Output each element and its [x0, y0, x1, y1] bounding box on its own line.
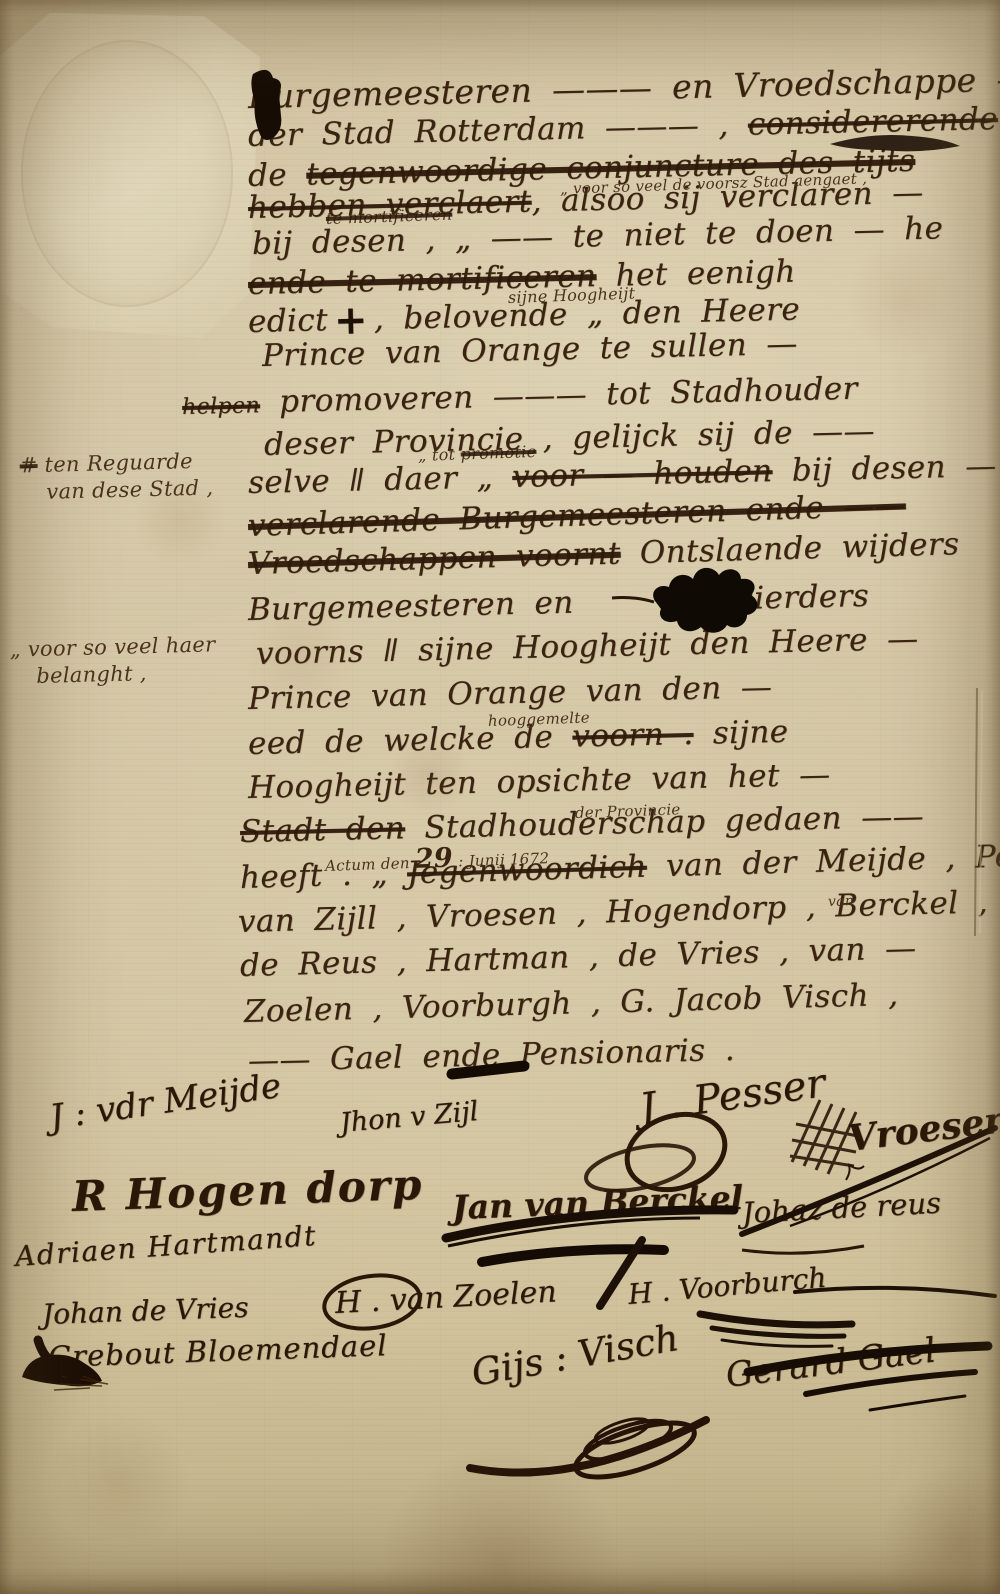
insertion-above-line-21: van: [828, 894, 855, 909]
signature-de-reus: Johaz de reus: [741, 1186, 942, 1230]
signature-van-zijll: Jhon v Zijl: [339, 1096, 480, 1139]
text-line-16: Prince van Orange van den —: [248, 671, 773, 715]
insertion-text: „ tot: [418, 445, 456, 465]
line-text: Prince van Orange van den —: [248, 669, 773, 717]
insertion-above-line-07: sijne Hoogheijt: [508, 286, 636, 306]
line-text: promoveren ——— tot Stadhouder: [279, 371, 858, 420]
signature-hartman: Adriaen Hartmandt: [14, 1219, 318, 1273]
signature-text: R Hogen dorp: [71, 1160, 424, 1221]
signature-bloemendael: Grebout Bloemendael: [47, 1328, 388, 1374]
signature-text: J . Pesser: [637, 1060, 828, 1132]
reus-flourish: [742, 1246, 864, 1253]
line-text: ende Pensionaris .: [422, 1032, 735, 1075]
line-text: Berckel ,: [835, 884, 989, 924]
signature-text: H . van Zoelen: [334, 1274, 557, 1321]
struck-text: voor — houden: [512, 453, 773, 495]
insertion-struck-below-line-04: te mortificeren: [326, 207, 453, 227]
text-line-15: voorns ǁ sijne Hoogheijt den Heere —: [256, 623, 919, 671]
signature-text: Jan van Berckel: [451, 1178, 743, 1227]
line-text: Hoogheijt ten opsichte van het —: [248, 757, 831, 806]
line-text: Gael: [330, 1039, 404, 1077]
signature-text: Gerard Gael: [724, 1330, 938, 1395]
line-text: selve ǁ daer „: [248, 459, 494, 501]
insertion-text: hooggemelte: [488, 708, 590, 730]
struck-text: voorn .: [572, 716, 694, 755]
margin-note-regard: # ten Reguarde van dese Stad ,: [19, 447, 213, 507]
line-text: Regierders: [691, 578, 869, 618]
insertion-above-line-11: „ tot promotie: [418, 444, 537, 464]
insertion-text: der Provincie: [575, 800, 681, 822]
signature-de-vries: Johan de Vries: [41, 1291, 249, 1331]
insertion-above-line-17: hooggemelte: [488, 710, 590, 729]
text-line-24: —— Gael ende Pensionaris .: [248, 1034, 736, 1078]
margin-caret-mark: #: [19, 453, 38, 477]
signature-vroesen: Vroesen: [845, 1098, 1000, 1160]
line-text: de Reus , Hartman , de Vries , van —: [240, 930, 917, 984]
embossed-paper-seal: [0, 6, 260, 348]
zoelen-heavy-bar: [482, 1249, 664, 1262]
margin-note-text: ten Reguarde: [44, 449, 193, 477]
text-line-22: de Reus , Hartman , de Vries , van —: [240, 932, 917, 982]
signature-text: H . Voorburch: [627, 1261, 828, 1311]
line-text: bij desen —: [791, 448, 997, 489]
signature-van-berckel: Jan van Berckel: [451, 1178, 743, 1227]
line-text: Burgemeesteren en: [248, 585, 574, 628]
insertion-text: : Junij 1672: [458, 849, 550, 870]
line-text: voorns ǁ sijne Hoogheijt den Heere —: [256, 621, 919, 672]
line-text: Ontslaende wijders: [639, 526, 960, 571]
visch-paraph-flourish: [470, 1412, 706, 1488]
struck-text: helpen: [182, 393, 260, 420]
signature-text: Gijs : Visch: [468, 1316, 682, 1395]
margin-note-text: belanght ,: [36, 659, 216, 691]
signature-text: J : vdr Meijde: [47, 1066, 283, 1138]
line-text: het eenigh: [615, 254, 796, 294]
signature-gael: Gerard Gael: [724, 1330, 938, 1395]
signature-text: Grebout Bloemendael: [47, 1328, 388, 1374]
margin-note-belanght: „ voor so veel haer belanght ,: [9, 631, 216, 691]
struck-text: Stadt den: [240, 810, 406, 850]
line-text: sijne: [712, 714, 789, 752]
signature-visch: Gijs : Visch: [468, 1316, 682, 1395]
vroesen-year-mark: [846, 1164, 864, 1180]
signature-van-der-meijde: J : vdr Meijde: [47, 1066, 283, 1138]
struck-text: considererende: [747, 101, 998, 143]
insertion-text: Actum den: [325, 854, 410, 875]
line-text: Zoelen , Voorburgh , G. Jacob Visch ,: [244, 977, 899, 1030]
insertion-above-line-19: der Provincie: [575, 802, 681, 821]
margin-note-text: van dese Stad ,: [46, 475, 214, 507]
text-line-09: helpen promoveren ——— tot Stadhouder: [182, 373, 858, 421]
signature-text: Adriaen Hartmandt: [14, 1219, 318, 1273]
insertion-text: van: [828, 893, 855, 910]
signature-hogendorp: R Hogen dorp: [71, 1160, 424, 1221]
signature-pesser: J . Pesser: [637, 1060, 828, 1132]
line-text: van der Meijde , Pesser ,: [666, 836, 1000, 884]
struck-text: Vroedschappen voornt: [247, 536, 621, 582]
text-line-18: Hoogheijt ten opsichte van het —: [248, 759, 831, 805]
signature-text: Jhon v Zijl: [339, 1096, 480, 1139]
signature-text: Johaz de reus: [741, 1186, 942, 1230]
manuscript-page: Burgemeesteren ——— en Vroedschappe — der…: [0, 0, 1000, 1594]
text-line-14: Burgemeesteren enRegierders: [248, 580, 870, 627]
signature-text: Johan de Vries: [41, 1291, 249, 1331]
text-line-23: Zoelen , Voorburgh , G. Jacob Visch ,: [244, 979, 899, 1029]
line-text: van Zijll , Vroesen , Hogendorp ,: [238, 889, 817, 940]
insertion-day-number: 29: [414, 843, 453, 875]
margin-note-text: „ voor so veel haer: [9, 632, 215, 661]
signature-voorburch: H . Voorburch: [627, 1261, 828, 1311]
signature-text: Vroesen: [845, 1098, 1000, 1160]
line-text: edict: [248, 302, 329, 340]
signature-van-zoelen: H . van Zoelen: [334, 1274, 557, 1321]
insertion-text: promotie: [460, 442, 536, 464]
